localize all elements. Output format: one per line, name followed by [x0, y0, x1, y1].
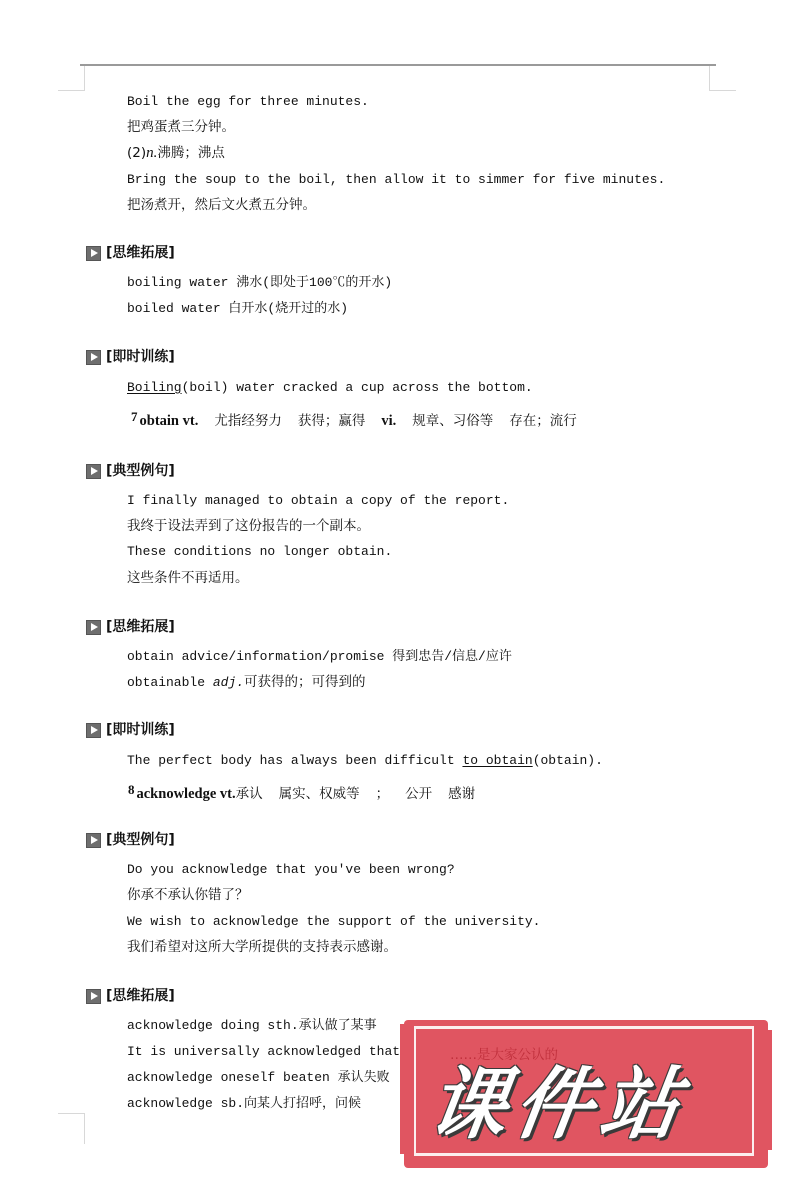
play-triangle-icon	[86, 464, 101, 479]
entry-number: 7	[131, 409, 138, 424]
play-triangle-icon	[86, 246, 101, 261]
vocab-entry-acknowledge: 8acknowledge vt.承认属实、权威等；公开感谢	[128, 781, 475, 803]
answer-blank: to obtain	[462, 753, 532, 768]
example-sentence-cn: 把汤煮开，然后文火煮五分钟。	[127, 196, 316, 214]
page-corner-mark-bottom-left	[58, 1113, 85, 1144]
sentence-rest: (obtain).	[533, 753, 603, 768]
definition-note: 规章、习俗等	[412, 413, 493, 429]
heading-label: [即时训练]	[106, 721, 175, 739]
section-heading-thinking-expansion: [思维拓展]	[86, 244, 175, 262]
definition-text: 获得；赢得	[298, 413, 366, 429]
definition-note: 尤指经努力	[214, 413, 282, 429]
page-top-rule	[80, 64, 716, 66]
phrase-line: obtainable adj.可获得的；可得到的	[127, 673, 366, 692]
sense-number: (2)	[127, 145, 146, 161]
example-sentence-en: Do you acknowledge that you've been wron…	[127, 861, 455, 879]
word: obtainable	[127, 675, 213, 690]
definition-text: 存在；流行	[509, 413, 577, 429]
phrase-translation-overlay: ……是大家公认的	[450, 1043, 558, 1063]
entry-word: acknowledge vt.	[137, 786, 236, 802]
sentence-start: The perfect body has always been difficu…	[127, 753, 462, 768]
entry-number: 8	[128, 782, 135, 797]
example-sentence-en: These conditions no longer obtain.	[127, 543, 392, 561]
definition-text: 承认	[236, 786, 263, 802]
phrase-line: acknowledge doing sth.承认做了某事	[127, 1017, 377, 1035]
entry-word: obtain vt.	[140, 413, 199, 429]
practice-sentence: Boiling(boil) water cracked a cup across…	[127, 379, 533, 397]
phrase-line: acknowledge sb.向某人打招呼，问候	[127, 1095, 361, 1113]
example-sentence-cn: 这些条件不再适用。	[127, 569, 249, 587]
section-heading-instant-practice: [即时训练]	[86, 348, 175, 366]
example-sentence-cn: 我们希望对这所大学所提供的支持表示感谢。	[127, 938, 397, 956]
example-sentence-en: We wish to acknowledge the support of th…	[127, 913, 540, 931]
heading-label: [思维拓展]	[106, 244, 175, 262]
example-sentence-en: Boil the egg for three minutes.	[127, 93, 369, 111]
play-triangle-icon	[86, 620, 101, 635]
phrase-line: boiling water 沸水(即处于100℃的开水)	[127, 274, 392, 292]
definition-text: 感谢	[448, 786, 475, 802]
vocab-entry-obtain: 7obtain vt.尤指经努力获得；赢得vi.规章、习俗等存在；流行	[131, 408, 577, 430]
play-triangle-icon	[86, 350, 101, 365]
phrase-line: boiled water 白开水(烧开过的水)	[127, 300, 348, 318]
phrase-line: obtain advice/information/promise 得到忠告/信…	[127, 648, 512, 666]
heading-label: [典型例句]	[106, 462, 175, 480]
part-of-speech: n.	[146, 145, 157, 161]
separator: ；	[376, 786, 390, 802]
play-triangle-icon	[86, 989, 101, 1004]
phrase-line: acknowledge oneself beaten 承认失败	[127, 1069, 390, 1087]
section-heading-thinking-expansion: [思维拓展]	[86, 618, 175, 636]
watermark-stamp: 课件站	[400, 1016, 772, 1176]
part-of-speech: vi.	[381, 413, 396, 429]
section-heading-thinking-expansion: [思维拓展]	[86, 987, 175, 1005]
play-triangle-icon	[86, 723, 101, 738]
answer-blank: Boiling	[127, 380, 182, 395]
part-of-speech: adj.	[213, 675, 244, 690]
play-triangle-icon	[86, 833, 101, 848]
section-heading-instant-practice: [即时训练]	[86, 721, 175, 739]
section-heading-typical-examples: [典型例句]	[86, 831, 175, 849]
heading-label: [思维拓展]	[106, 987, 175, 1005]
heading-label: [即时训练]	[106, 348, 175, 366]
example-sentence-cn: 你承不承认你错了？	[127, 886, 249, 904]
page-corner-mark-top-left	[58, 66, 85, 91]
example-sentence-en: I finally managed to obtain a copy of th…	[127, 492, 509, 510]
phrase-line: It is universally acknowledged that…	[127, 1043, 408, 1061]
definition-note: 公开	[405, 786, 432, 802]
practice-sentence: The perfect body has always been difficu…	[127, 752, 603, 770]
definition-text: 沸腾；沸点	[157, 145, 225, 161]
example-sentence-en: Bring the soup to the boil, then allow i…	[127, 171, 665, 189]
definition-text: 可获得的；可得到的	[244, 674, 366, 690]
sense-2-definition: (2)n.沸腾；沸点	[127, 144, 225, 162]
definition-note: 属实、权威等	[279, 786, 360, 802]
page-corner-mark-top-right	[709, 66, 736, 91]
sentence-rest: (boil) water cracked a cup across the bo…	[182, 380, 533, 395]
example-sentence-cn: 把鸡蛋煮三分钟。	[127, 118, 235, 136]
example-sentence-cn: 我终于设法弄到了这份报告的一个副本。	[127, 517, 370, 535]
heading-label: [思维拓展]	[106, 618, 175, 636]
heading-label: [典型例句]	[106, 831, 175, 849]
section-heading-typical-examples: [典型例句]	[86, 462, 175, 480]
